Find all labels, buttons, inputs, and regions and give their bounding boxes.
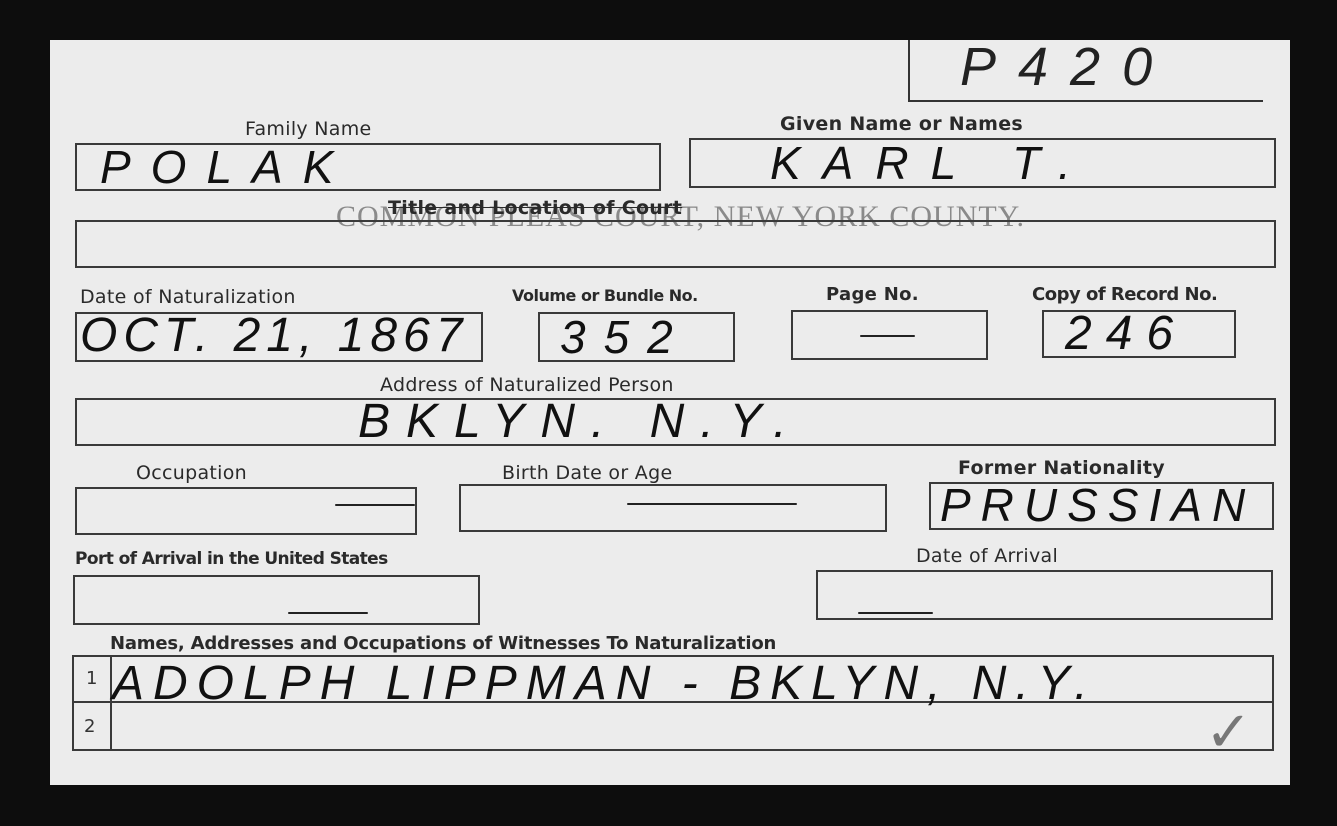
occupation-dash: [335, 504, 415, 506]
port-of-arrival-label: Port of Arrival in the United States: [75, 549, 388, 569]
witness-row-1-value: ADOLPH LIPPMAN - BKLYN, N.Y.: [112, 656, 1097, 711]
date-of-arrival-label: Date of Arrival: [916, 545, 1058, 567]
former-nationality-label: Former Nationality: [958, 457, 1165, 479]
copy-of-record-value: 246: [1065, 306, 1187, 361]
family-name-label: Family Name: [245, 118, 372, 140]
court-field: [75, 220, 1276, 268]
given-name-label: Given Name or Names: [780, 113, 1023, 135]
court-label: Title and Location of Court: [388, 197, 682, 219]
birth-date-field: [459, 484, 887, 532]
page-no-dash: [860, 335, 915, 337]
volume-label: Volume or Bundle No.: [512, 286, 698, 305]
check-mark-icon: ✓: [1205, 700, 1252, 765]
volume-value: 352: [560, 310, 691, 364]
date-of-naturalization-value: OCT. 21, 1867: [80, 308, 468, 363]
birth-date-dash: [627, 503, 797, 505]
date-of-naturalization-label: Date of Naturalization: [80, 286, 296, 308]
port-of-arrival-dash: [288, 612, 368, 614]
birth-date-label: Birth Date or Age: [502, 462, 672, 484]
witnesses-label: Names, Addresses and Occupations of Witn…: [110, 633, 776, 654]
occupation-label: Occupation: [136, 462, 247, 484]
witness-row-2-number: 2: [84, 716, 95, 737]
date-of-arrival-dash: [858, 612, 933, 614]
family-name-value: POLAK: [100, 140, 353, 194]
given-name-value: KARL T.: [770, 136, 1093, 190]
address-value: BKLYN. N.Y.: [358, 394, 803, 449]
witness-row-1-number: 1: [86, 668, 97, 689]
former-nationality-value: PRUSSIAN: [940, 478, 1255, 532]
reference-number: P420: [960, 36, 1174, 98]
copy-of-record-label: Copy of Record No.: [1032, 284, 1217, 305]
address-label: Address of Naturalized Person: [380, 374, 674, 396]
port-of-arrival-field: [73, 575, 480, 625]
page-no-label: Page No.: [826, 284, 919, 305]
occupation-field: [75, 487, 417, 535]
